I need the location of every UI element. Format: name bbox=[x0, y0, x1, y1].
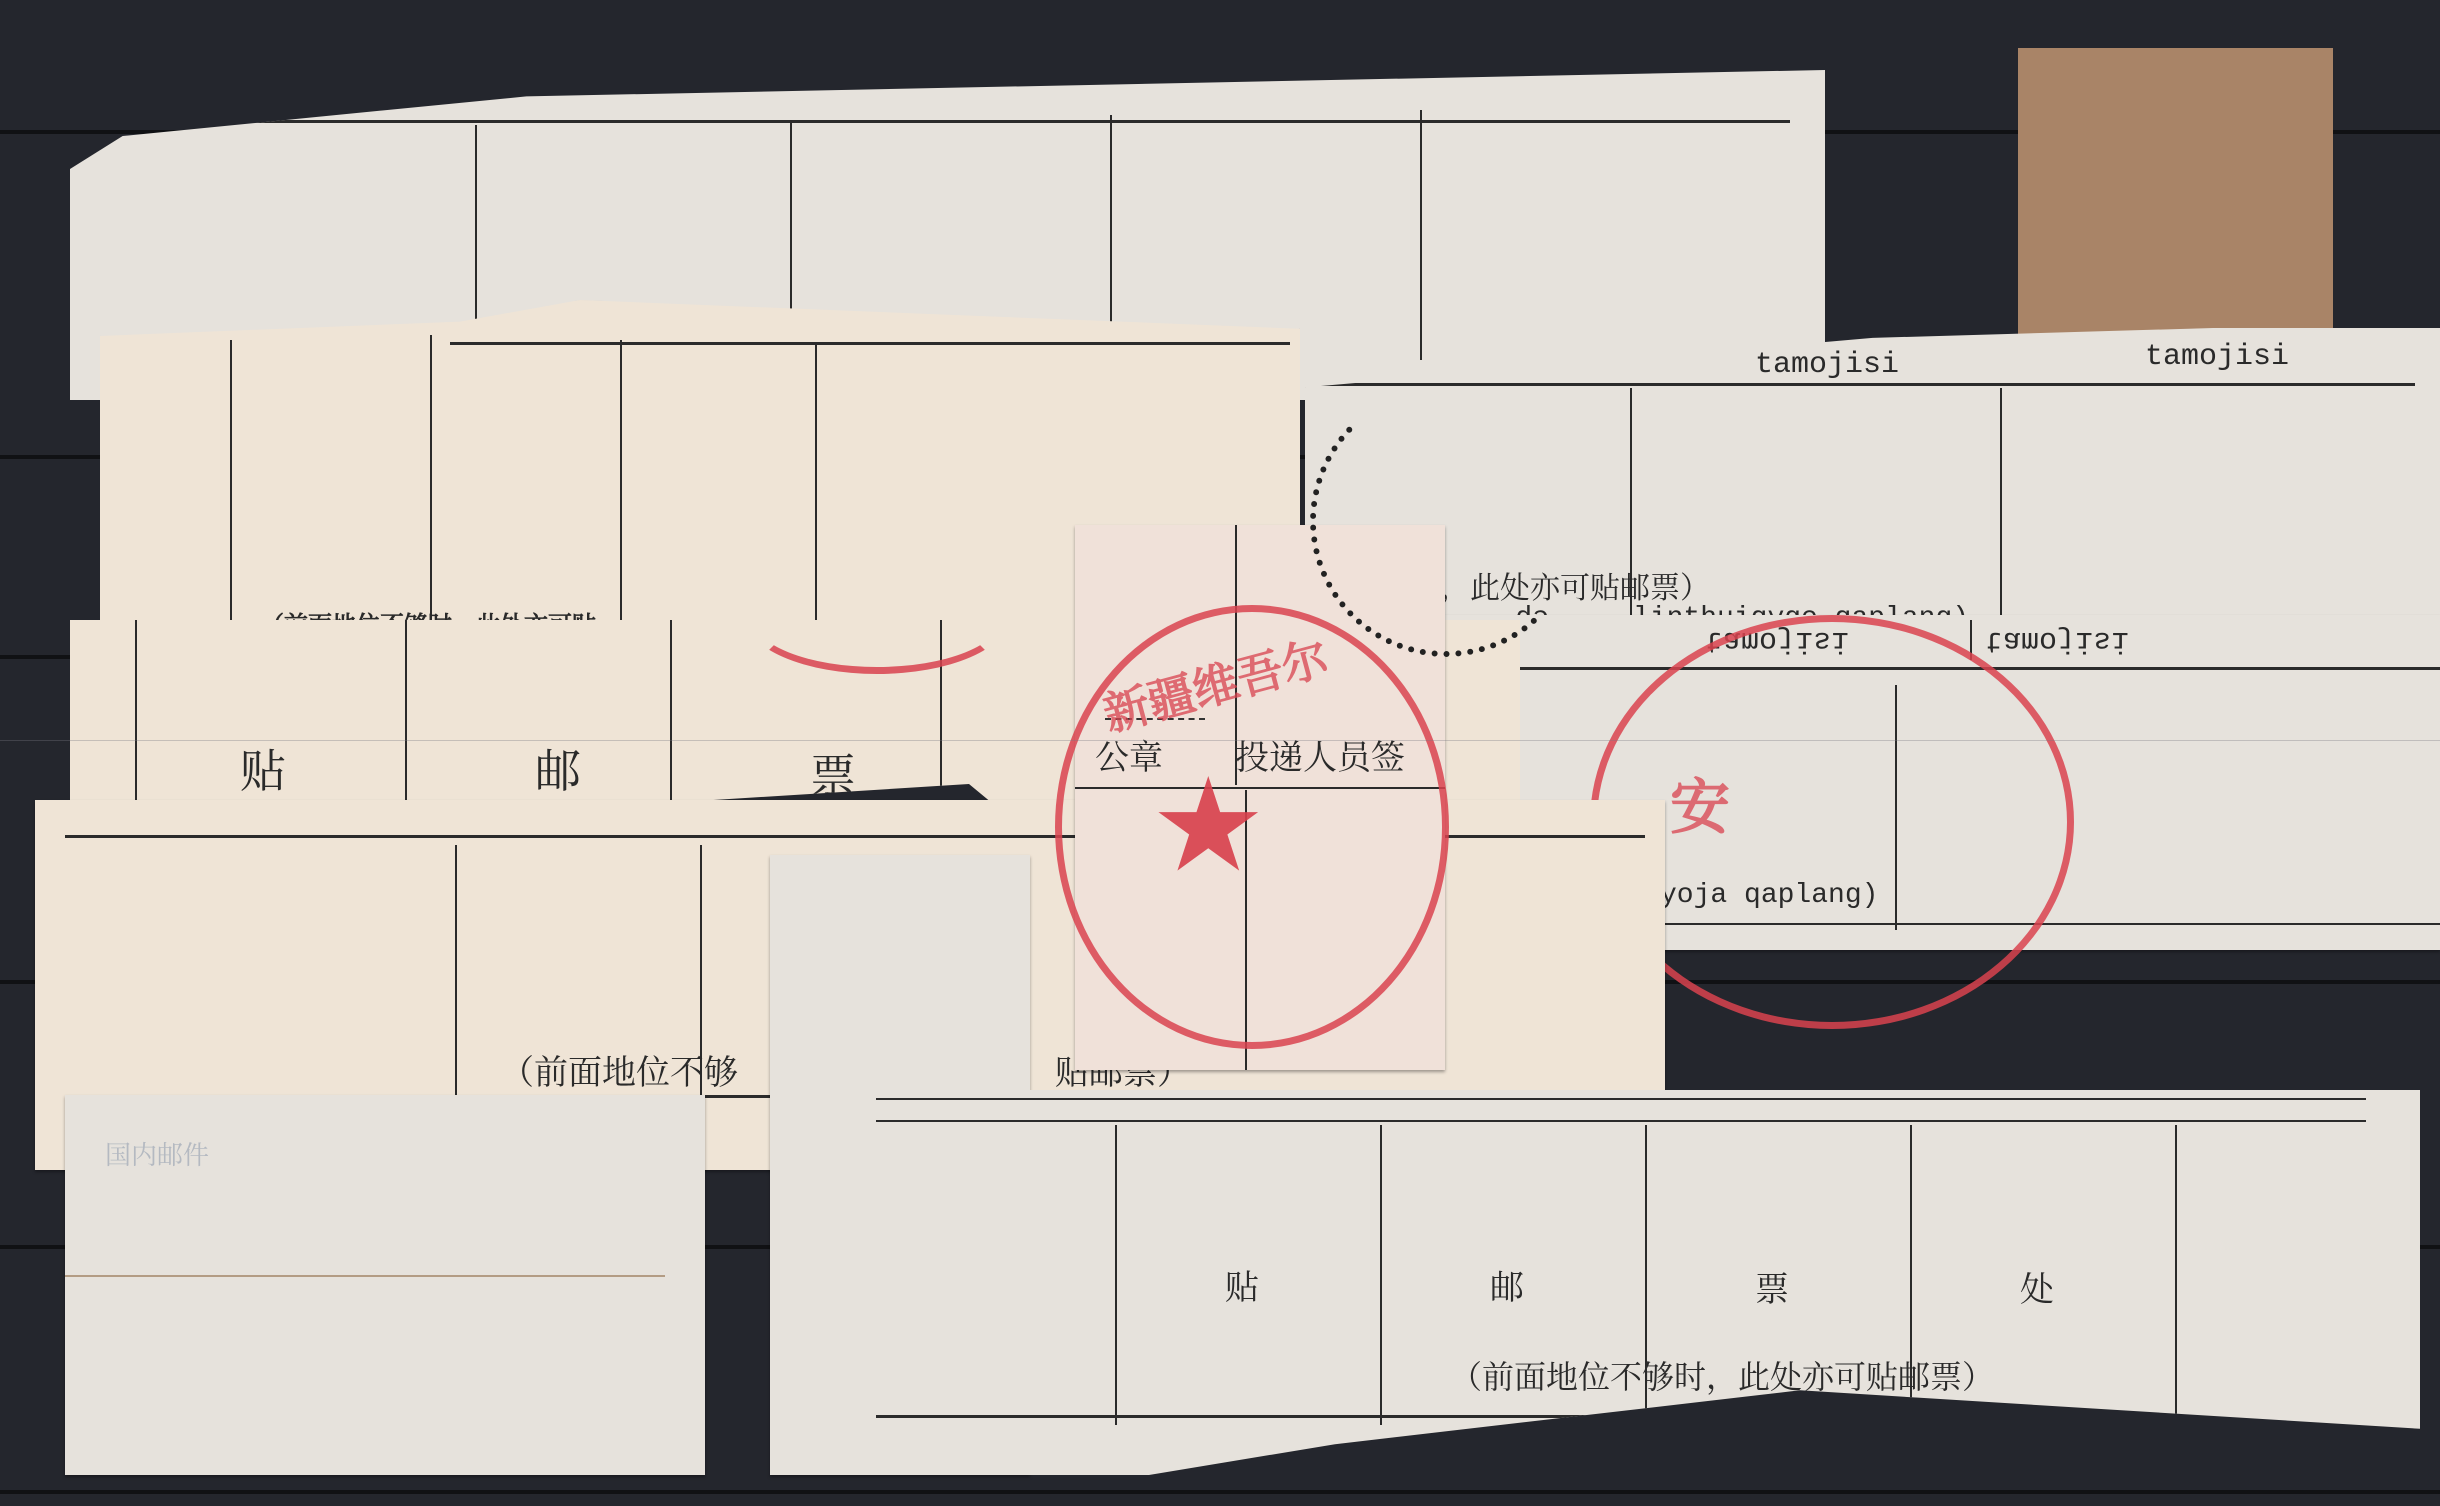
cell-you: 邮 bbox=[535, 735, 581, 801]
scan-fold-line bbox=[0, 740, 2440, 741]
lower-left-footer-left: （前面地位不够 bbox=[500, 1045, 738, 1094]
cell-tie: 贴 bbox=[1225, 1260, 1259, 1309]
dotted-circle-guide bbox=[1310, 385, 1582, 657]
cell-you: 邮 bbox=[1490, 1260, 1524, 1309]
stockcard-strip bbox=[0, 1490, 2440, 1494]
postmark-partial-text: 安 bbox=[1670, 760, 1730, 846]
cell-piao: 票 bbox=[810, 740, 856, 806]
header-cell-tamojisi: tamojisi bbox=[2145, 340, 2289, 374]
cell-piao: 票 bbox=[1755, 1262, 1789, 1311]
kraft-paper-piece bbox=[2018, 48, 2333, 338]
bottom-right-footer: （前面地位不够时，此处亦可贴邮票） bbox=[1450, 1352, 1994, 1398]
show-through-text: 国内邮件 bbox=[105, 1135, 209, 1172]
fragment-bottom-right-strip: 贴 邮 票 处 （前面地位不够时，此处亦可贴邮票） bbox=[870, 1090, 2420, 1475]
postmark-star-icon: ★ bbox=[1150, 760, 1267, 890]
header-cell-tamojisi: tamojisi bbox=[1755, 348, 1899, 382]
fragment-bottom-left-slip: 国内邮件 bbox=[65, 1095, 705, 1475]
cell-chu: 处 bbox=[2020, 1262, 2054, 1311]
red-postmark-arc bbox=[745, 560, 1009, 674]
header-cell-tamojisi-inverted: tamojisi bbox=[1985, 623, 2129, 657]
cell-tie: 贴 bbox=[240, 735, 286, 801]
